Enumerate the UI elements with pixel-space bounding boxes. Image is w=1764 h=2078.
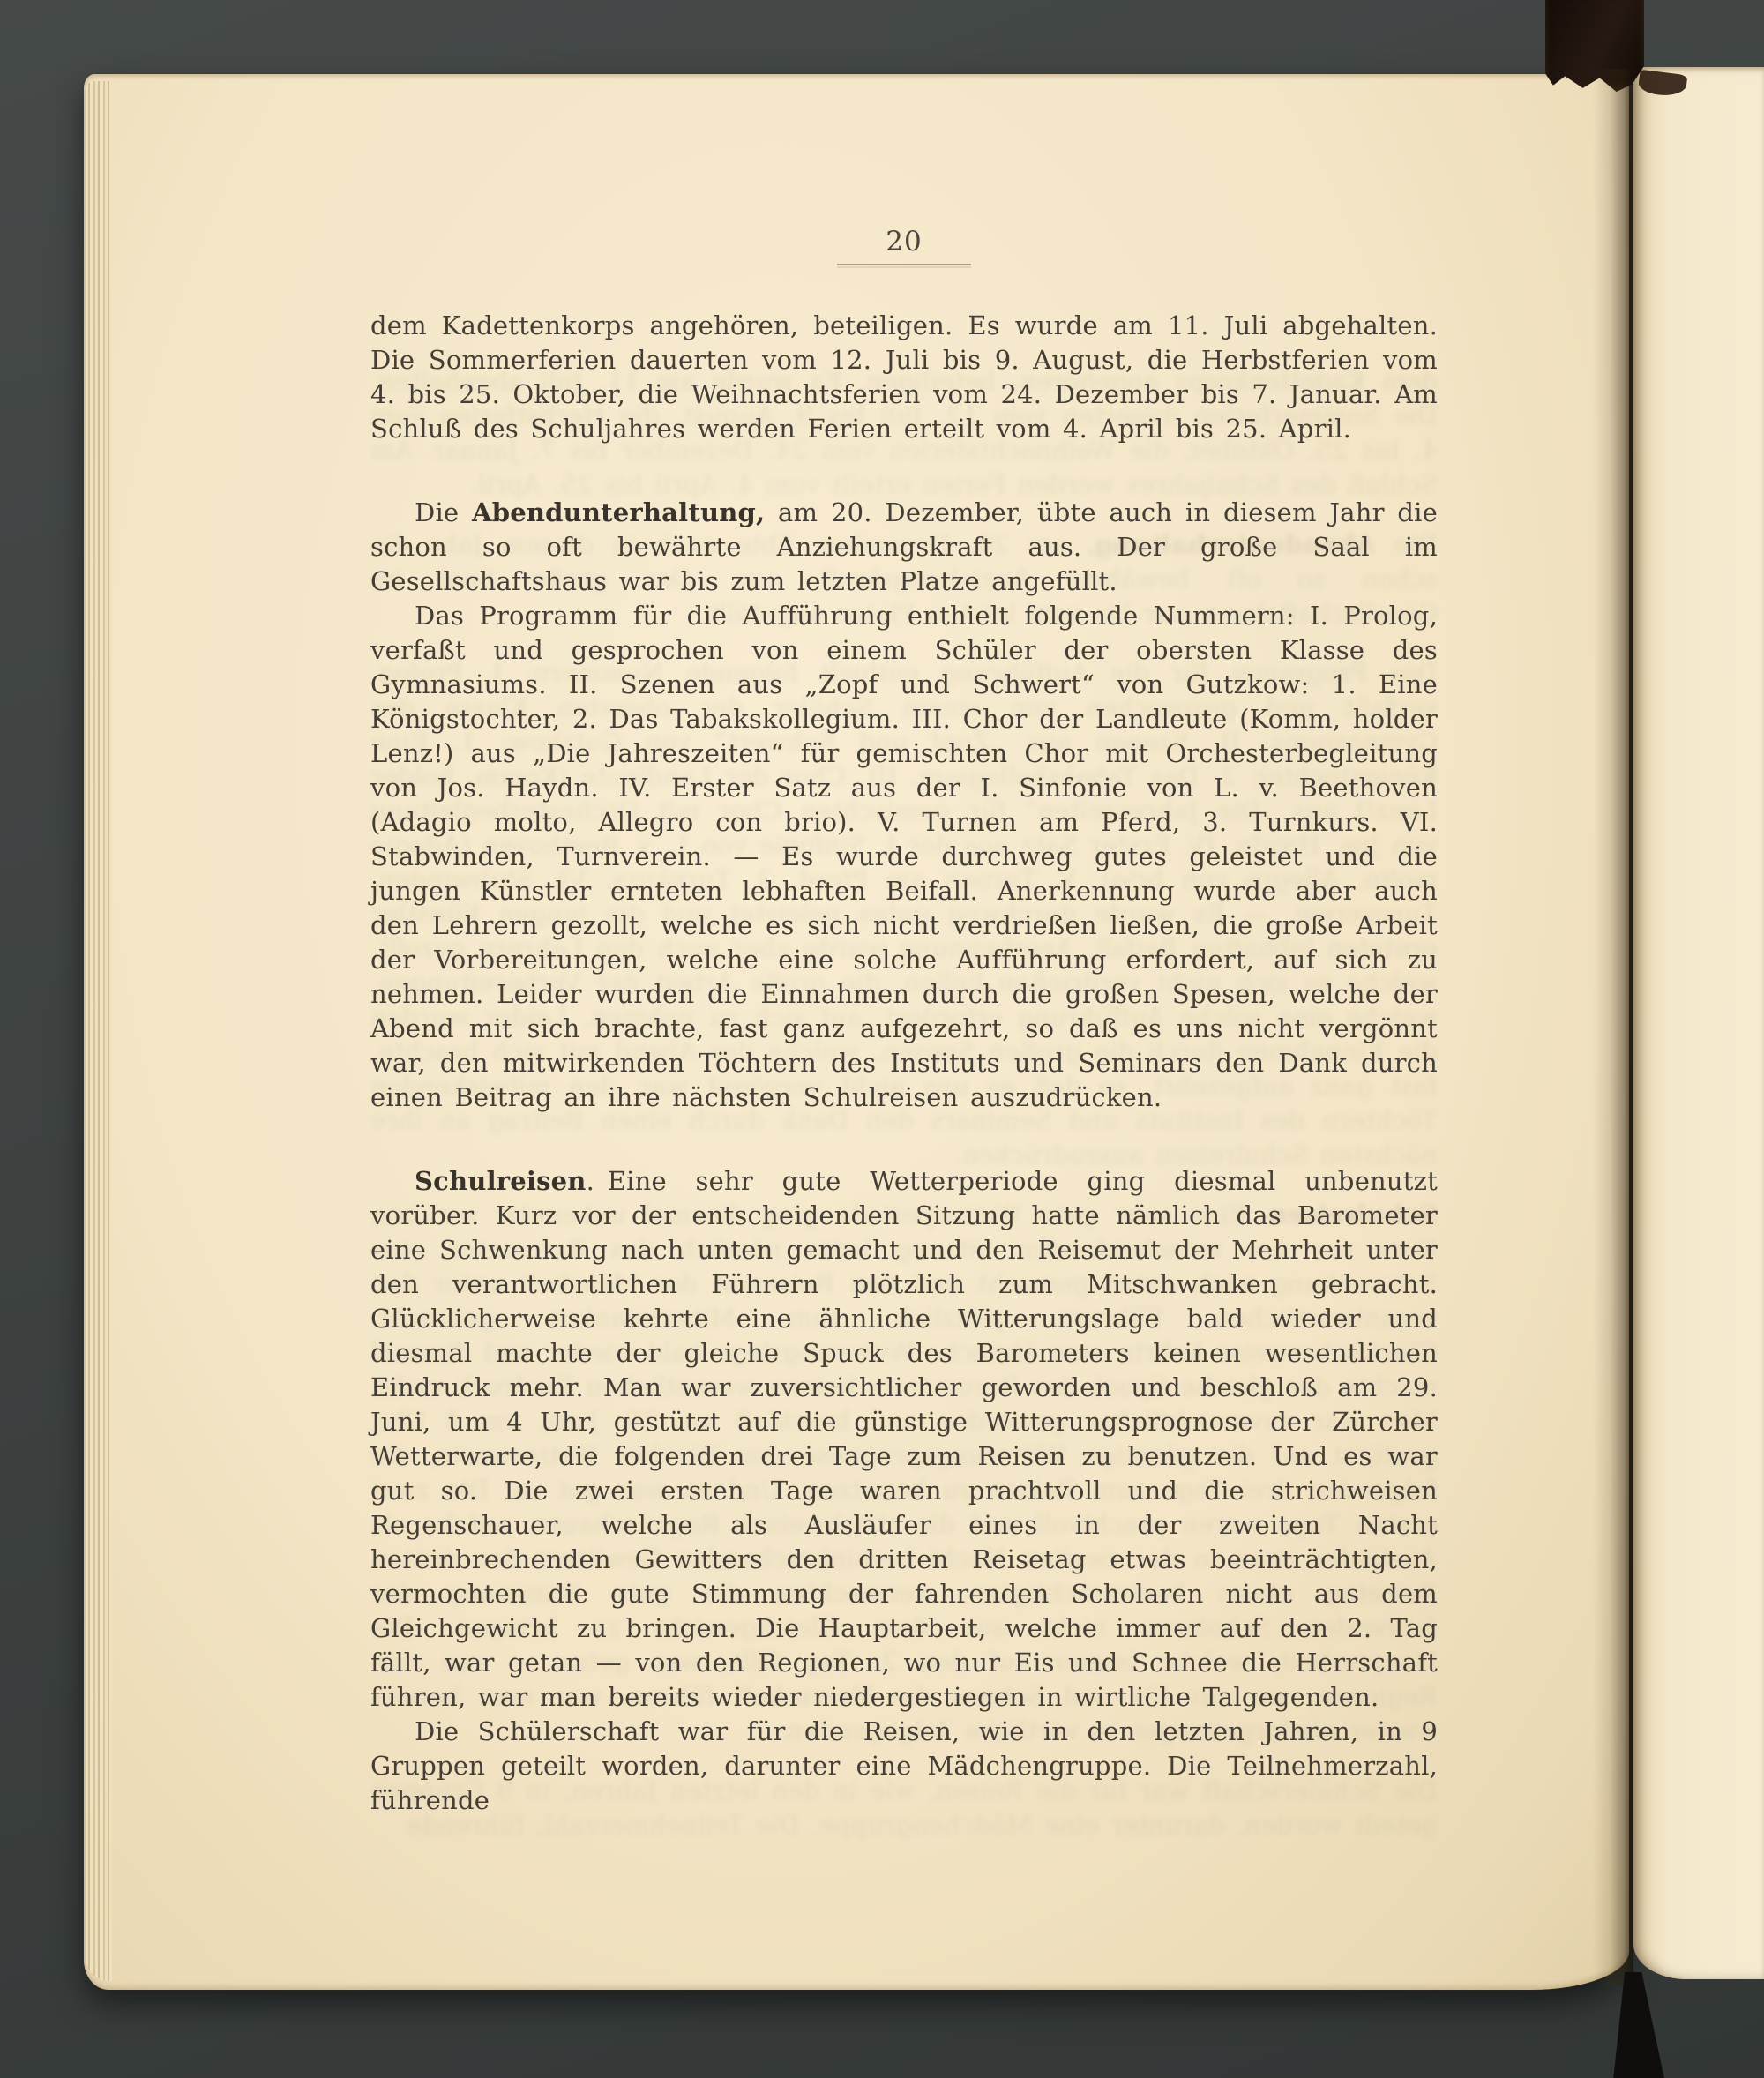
text-segment: Schulreisen: [415, 1166, 587, 1196]
gutter-shadow: [1593, 69, 1633, 1986]
text-segment: Die Schülerschaft war für die Reisen, wi…: [370, 1716, 1438, 1815]
text-segment: Abendunterhaltung,: [472, 497, 765, 527]
text-segment: Das Programm für die Aufführung enthielt…: [370, 601, 1438, 1112]
text-segment: . Eine sehr gute Wetterperiode ging dies…: [370, 1166, 1438, 1712]
paragraph: Das Programm für die Aufführung enthielt…: [370, 599, 1438, 1115]
folio-rule: [837, 264, 971, 265]
text-segment: Die: [415, 497, 472, 527]
text-segment: dem Kadettenkorps angehören, beteiligen.…: [370, 310, 1438, 444]
book-page: dem Kadettenkorps angehören, beteiligen.…: [84, 74, 1629, 1990]
facing-page-edge: [1633, 67, 1764, 1979]
paragraph: Die Abendunterhaltung, am 20. Dezember, …: [370, 496, 1438, 599]
page-content: 20 dem Kadettenkorps angehören, beteilig…: [84, 74, 1629, 1990]
text-block: dem Kadettenkorps angehören, beteiligen.…: [370, 309, 1438, 1818]
book-scan-scene: dem Kadettenkorps angehören, beteiligen.…: [0, 0, 1764, 2078]
paragraph: Schulreisen. Eine sehr gute Wetterperiod…: [370, 1164, 1438, 1715]
paragraph: Die Schülerschaft war für die Reisen, wi…: [370, 1715, 1438, 1818]
paragraph: dem Kadettenkorps angehören, beteiligen.…: [370, 309, 1438, 446]
page-number: 20: [370, 226, 1438, 258]
folio: 20: [370, 226, 1438, 265]
